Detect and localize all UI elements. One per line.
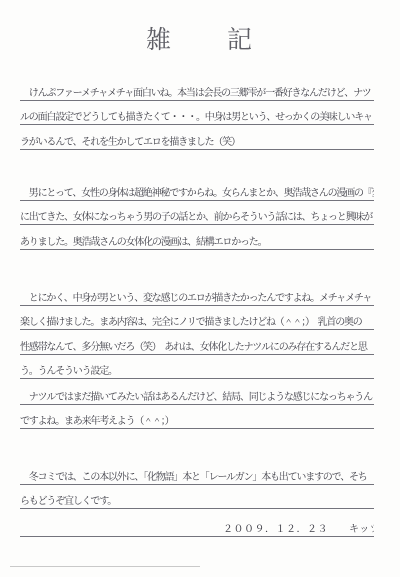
text-line: 男にとって、女性の身体は超絶神秘ですからね。女らんまとか、奥浩哉さんの漫画の『変… xyxy=(20,176,374,201)
text-line: ですよね。まあ来年考えよう（＾＾；） xyxy=(20,405,374,430)
text-line: けんぷファーメチャメチャ面白いね。本当は会長の三郷雫が一番好きなんだけど、ナツ xyxy=(20,76,374,101)
signature-line: ２００９．１２．２３ キッツ xyxy=(20,512,374,537)
text-line: 楽しく描けました。まあ内容は、完全にノリで描きましたけどね（＾＾；） 乳首の奥の xyxy=(20,306,374,331)
scanned-document-page: 雑 記 けんぷファーメチャメチャ面白いね。本当は会長の三郷雫が一番好きなんだけど… xyxy=(0,0,400,577)
text-line: ラがいるんで、それを生かしてエロを描きました（笑） xyxy=(20,125,374,150)
text-line: 冬コミでは、この本以外に、「化物語」本と「レールガン」本も出ていますので、そち xyxy=(20,460,374,485)
scan-artifact-line xyxy=(10,566,200,567)
text-line: ルの面白設定でどうしても描きたくて・・・。中身は男という、せっかくの美味しいキャ xyxy=(20,101,374,126)
signature-block: ２００９．１２．２３ キッツ xyxy=(20,512,374,537)
paragraph-5: 冬コミでは、この本以外に、「化物語」本と「レールガン」本も出ていますので、そち … xyxy=(20,460,374,509)
text-line: らもどうぞ宜しくです。 xyxy=(20,485,374,510)
text-line: う。うんそういう設定。 xyxy=(20,355,374,380)
text-line: ナツルではまだ描いてみたい話はあるんだけど、結局、同じような感じになっちゃうん xyxy=(20,380,374,405)
paragraph-4: ナツルではまだ描いてみたい話はあるんだけど、結局、同じような感じになっちゃうん … xyxy=(20,380,374,429)
text-line: とにかく、中身が男という、変な感じのエロが描きたかったんですよね。メチャメチャ xyxy=(20,281,374,306)
page-title: 雑 記 xyxy=(0,20,400,56)
text-line: に出てきた、女体になっちゃう男の子の話とか、前からそういう話には、ちょっと興味が xyxy=(20,201,374,226)
paragraph-3: とにかく、中身が男という、変な感じのエロが描きたかったんですよね。メチャメチャ … xyxy=(20,281,374,379)
text-line: ありました。奥浩哉さんの女体化の漫画は、結構エロかった。 xyxy=(20,225,374,250)
text-line: 性感帯なんて、多分無いだろ（笑） あれは、女体化したナツルにのみ存在するんだと思 xyxy=(20,330,374,355)
paragraph-1: けんぷファーメチャメチャ面白いね。本当は会長の三郷雫が一番好きなんだけど、ナツ … xyxy=(20,76,374,150)
paragraph-2: 男にとって、女性の身体は超絶神秘ですからね。女らんまとか、奥浩哉さんの漫画の『変… xyxy=(20,176,374,250)
